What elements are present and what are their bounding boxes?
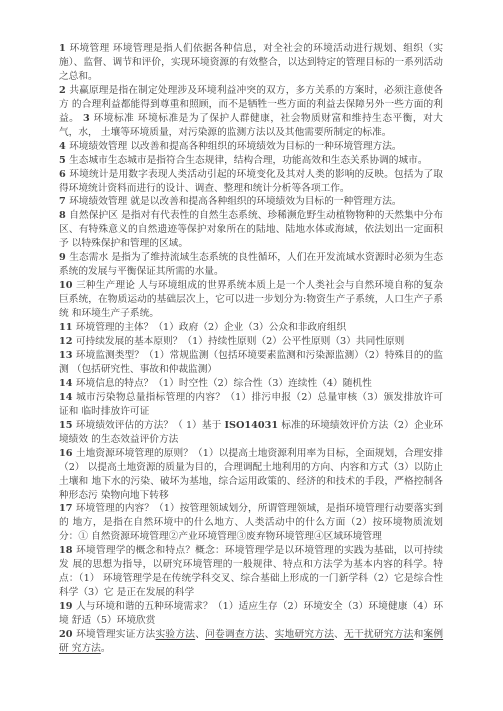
item-number: 17 <box>59 503 76 514</box>
item-number: 6 <box>59 169 69 180</box>
document-page: 1 环境管理 环境管理是指人们依据各种信息，对全社会的环境活动进行规划、组织（实… <box>0 0 503 711</box>
text-run: 环境管理的主体？（1）政府（2）企业（3）公众和非政府组织 <box>76 322 346 333</box>
text-run: 人与环境和谐的五种环境需求？（1）适应生存（2）环境安全（3）环境健康（4）环境… <box>59 601 443 626</box>
underlined-term: 问卷调查方法 <box>205 629 265 640</box>
paragraph-8: 9 生态需水 是指为了维持流域生态系统的良性循环，人们在开发流域水资源时必须为生… <box>59 251 443 279</box>
text-run: 环境管理 环境管理是指人们依据各种信息，对全社会的环境活动进行规划、组织（实施）… <box>59 43 443 82</box>
item-number: 12 <box>59 336 76 347</box>
item-number: 3 <box>83 113 94 124</box>
paragraph-4: 5 生态城市生态城市是指符合生态规律，结构合理，功能高效和生态关系协调的城市。 <box>59 154 443 168</box>
item-number: 10 <box>59 280 76 291</box>
item-number: 15 <box>59 420 76 431</box>
text-run: 生态需水 是指为了维持流域生态系统的良性循环，人们在开发流域水资源时必须为生态 … <box>59 252 443 277</box>
item-number: 14 <box>59 392 76 403</box>
text-run: 环境管理学的概念和特点？概念：环境管理学是以环境管理的实践为基础，以可持续发 展… <box>59 545 443 598</box>
paragraph-1: 1 环境管理 环境管理是指人们依据各种信息，对全社会的环境活动进行规划、组织（实… <box>59 42 443 84</box>
item-number: 19 <box>59 601 76 612</box>
text-run: 城市污染物总量指标管理的内容？（1）排污申报（2）总量审核（3）颁发排放许可证和… <box>59 392 443 417</box>
paragraph-11: 12 可持续发展的基本原则？（1）持续性原则（2）公平性原则（3）共同性原则 <box>59 335 443 349</box>
item-number: 2 <box>59 85 69 96</box>
item-number: ISO14031 <box>224 420 278 431</box>
paragraph-15: 15 环境绩效评估的方法？（ 1）基于 ISO14031 标准的环境绩效评价方法… <box>59 419 443 447</box>
underlined-term: 实地研究方法 <box>275 629 335 640</box>
text-run: 环境管理实证方法 <box>76 629 155 640</box>
paragraph-7: 8 自然保护区 是指对有代表性的自然生态系统、珍稀濒危野生动植物物种的天然集中分… <box>59 209 443 251</box>
paragraph-3: 4 环境绩效管理 以改善和提高各种组织的环境绩效为目标的一种环境管理方法。 <box>59 140 443 154</box>
paragraph-17: 17 环境管理的内容？（1）按管理领域划分，所谓管理领域，是指环境管理行动要落实… <box>59 502 443 544</box>
text-run: 三种生产理论 人与环境组成的世界系统本质上是一个人类社会与自然环境自称的复杂 巨… <box>59 280 443 319</box>
item-number: 16 <box>59 448 76 459</box>
paragraph-13: 14 环境信息的特点？（1）时空性（2）综合性（3）连续性（4）随机性 <box>59 377 443 391</box>
text-run: 环境监测类型？（1）常规监测（包括环境要素监测和污染源监测）（2）特殊目的的监测… <box>59 350 443 375</box>
text-run: 环境绩效管理 以改善和提高各种组织的环境绩效为目标的一种环境管理方法。 <box>69 141 401 152</box>
paragraph-16: 16 土地资源环境管理的原则？（1）以提高土地资源利用率为目标，全面规划，合理安… <box>59 447 443 503</box>
text-run: 环境绩效评估的方法？（ 1）基于 <box>76 420 225 431</box>
item-number: 8 <box>59 210 69 221</box>
text-run: 、 <box>265 629 275 640</box>
text-run: 土地资源环境管理的原则？（1）以提高土地资源利用率为目标，全面规划，合理安排（2… <box>59 448 443 501</box>
text-run: 、 <box>334 629 344 640</box>
text-run: 自然保护区 是指对有代表性的自然生态系统、珍稀濒危野生动植物物种的天然集中分布 … <box>59 210 443 249</box>
text-run: 环境标准 环境标准是为了保护人群健康，社会物质财富和维持生态平衡，对大气，水， … <box>59 113 443 138</box>
item-number: 11 <box>59 322 76 333</box>
item-number: 4 <box>59 141 69 152</box>
item-number: 7 <box>59 196 69 207</box>
text-run: 环境统计是用数字表现人类活动引起的环境变化及其对人类的影响的反映。包括为了取 得… <box>59 169 443 194</box>
document-text: 1 环境管理 环境管理是指人们依据各种信息，对全社会的环境活动进行规划、组织（实… <box>59 42 443 656</box>
paragraph-10: 11 环境管理的主体？（1）政府（2）企业（3）公众和非政府组织 <box>59 321 443 335</box>
text-run: 可持续发展的基本原则？（1）持续性原则（2）公平性原则（3）共同性原则 <box>76 336 405 347</box>
item-number: 9 <box>59 252 69 263</box>
text-run: 生态城市生态城市是指符合生态规律，结构合理，功能高效和生态关系协调的城市。 <box>69 155 427 166</box>
item-number: 18 <box>59 545 76 556</box>
item-number: 14 <box>59 378 76 389</box>
paragraph-5: 6 环境统计是用数字表现人类活动引起的环境变化及其对人类的影响的反映。包括为了取… <box>59 168 443 196</box>
underlined-term: 实验方法 <box>155 629 195 640</box>
item-number: 5 <box>59 155 69 166</box>
paragraph-6: 7 环境绩效管理 就是以改善和提高各种组织的环境绩效为目标的一种管理方法。 <box>59 195 443 209</box>
item-number: 1 <box>59 43 69 54</box>
item-number: 13 <box>59 350 76 361</box>
underlined-term: 无干扰研究方法 <box>344 629 413 640</box>
text-run: 环境绩效管理 就是以改善和提高各种组织的环境绩效为目标的一种管理方法。 <box>69 196 401 207</box>
paragraph-14: 14 城市污染物总量指标管理的内容？（1）排污申报（2）总量审核（3）颁发排放许… <box>59 391 443 419</box>
text-run: 和 <box>414 629 424 640</box>
text-run: 、 <box>195 629 205 640</box>
text-run: 。 <box>101 643 111 654</box>
item-number: 20 <box>59 629 76 640</box>
paragraph-19: 19 人与环境和谐的五种环境需求？（1）适应生存（2）环境安全（3）环境健康（4… <box>59 600 443 628</box>
paragraph-20: 20 环境管理实证方法实验方法、问卷调查方法、实地研究方法、无干扰研究方法和案例… <box>59 628 443 656</box>
paragraph-9: 10 三种生产理论 人与环境组成的世界系统本质上是一个人类社会与自然环境自称的复… <box>59 279 443 321</box>
paragraph-12: 13 环境监测类型？（1）常规监测（包括环境要素监测和污染源监测）（2）特殊目的… <box>59 349 443 377</box>
paragraph-2: 2 共赢原理是指在制定处理涉及环境利益冲突的双方，多方关系的方案时，必须注意使各… <box>59 84 443 140</box>
paragraph-18: 18 环境管理学的概念和特点？概念：环境管理学是以环境管理的实践为基础，以可持续… <box>59 544 443 600</box>
text-run: 环境信息的特点？（1）时空性（2）综合性（3）连续性（4）随机性 <box>76 378 372 389</box>
text-run: 环境管理的内容？（1）按管理领域划分，所谓管理领域，是指环境管理行动要落实到的 … <box>59 503 443 542</box>
